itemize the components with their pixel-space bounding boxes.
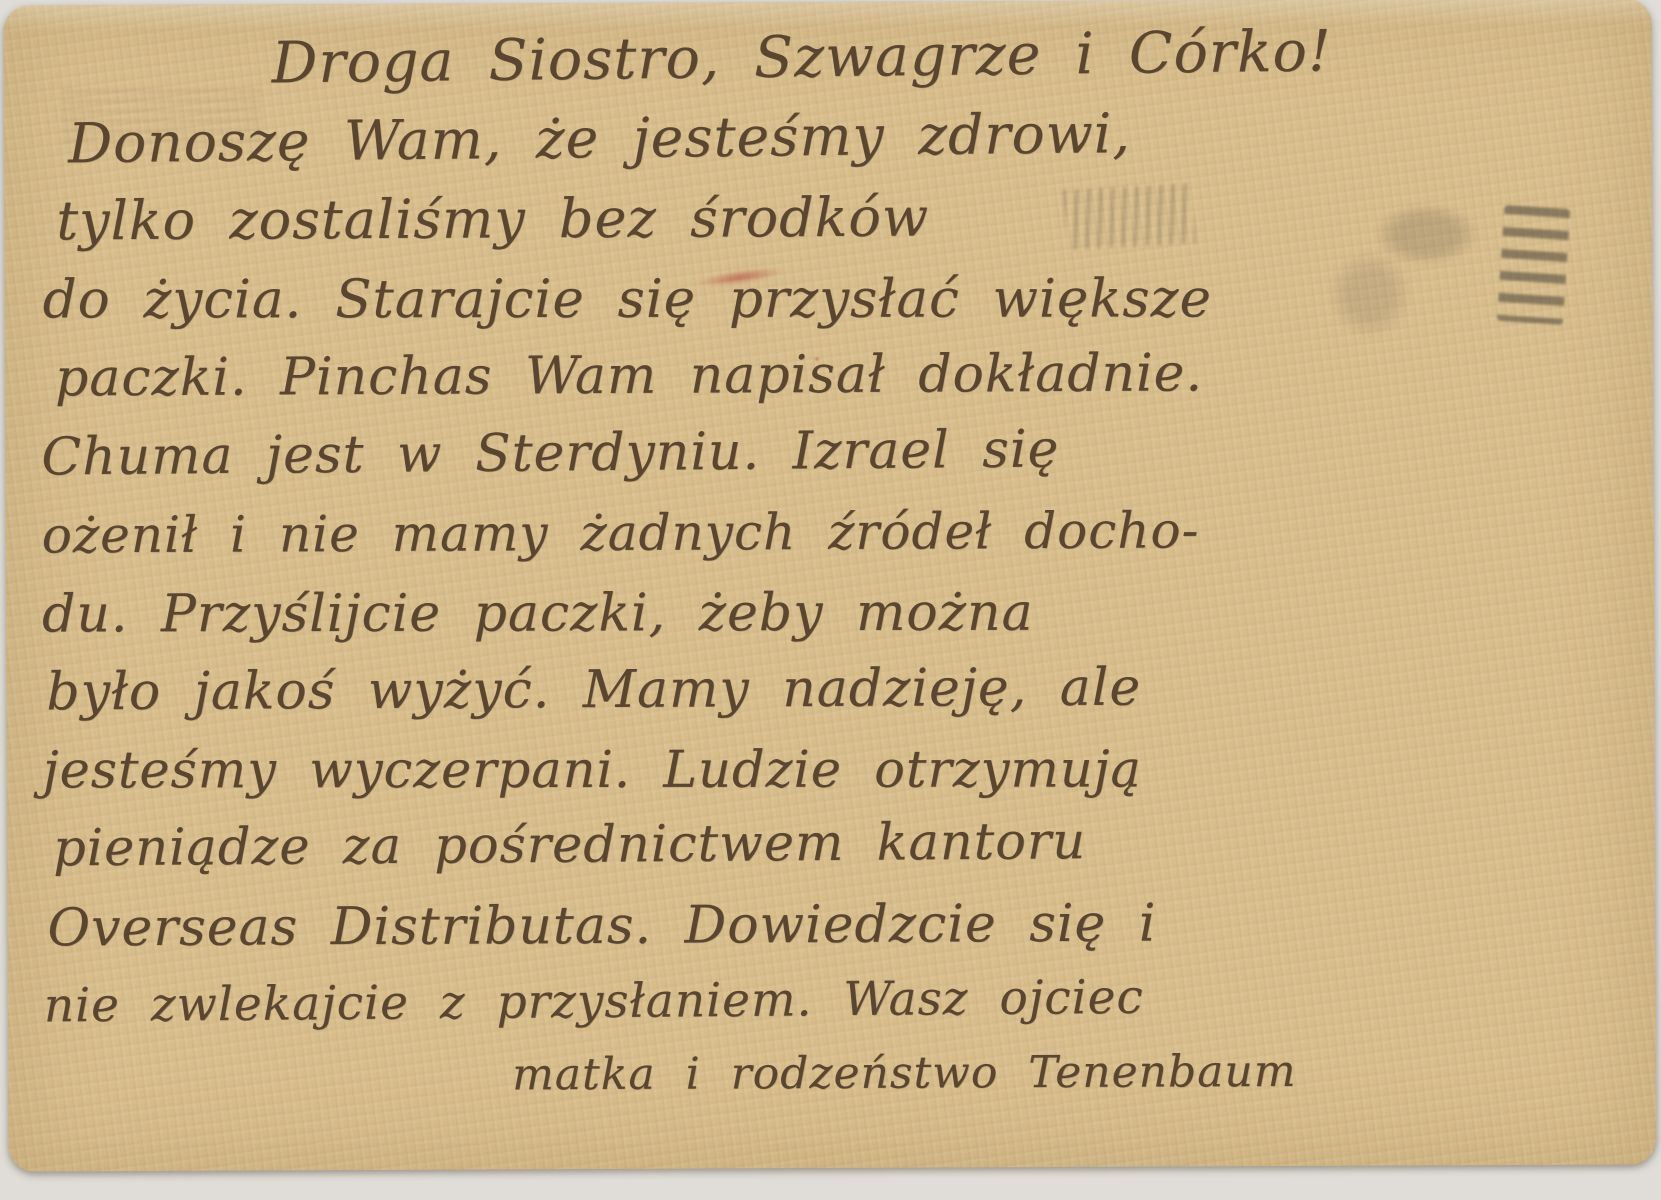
handwritten-line: Droga Siostro, Szwagrze i Córko!	[271, 9, 1630, 103]
handwritten-line: do życia. Starajcie się przysłać większe	[43, 260, 1631, 340]
handwritten-line: du. Przyślijcie paczki, żeby można	[42, 572, 1632, 653]
postcard-scan: Droga Siostro, Szwagrze i Córko!Donoszę …	[0, 0, 1661, 1200]
handwritten-line: Donoszę Wam, że jesteśmy zdrowi,	[68, 89, 1631, 182]
handwritten-line: Chuma jest w Sterdyniu. Izrael się	[41, 405, 1632, 496]
handwritten-line: matka i rodzeństwo Tenenbaum	[512, 1031, 1634, 1114]
handwritten-line: tylko zostaliśmy bez środków	[56, 176, 1630, 261]
handwritten-line: było jakoś wyżyć. Mamy nadzieję, ale	[46, 647, 1632, 732]
postcard: Droga Siostro, Szwagrze i Córko!Donoszę …	[3, 0, 1656, 1172]
handwritten-text-block: Droga Siostro, Szwagrze i Córko!Donoszę …	[40, 19, 1635, 1117]
handwritten-line: Overseas Distributas. Dowiedzcie się i	[47, 882, 1633, 967]
handwritten-line: pieniądze za pośrednictwem kantoru	[53, 799, 1634, 889]
handwritten-line: paczki. Pinchas Wam napisał dokładnie.	[55, 333, 1631, 418]
handwritten-line: ożenił i nie mamy żadnych źródeł docho-	[42, 490, 1632, 575]
handwritten-line: jesteśmy wyczerpani. Ludzie otrzymują	[43, 731, 1633, 811]
handwritten-line: nie zwlekajcie z przysłaniem. Wasz ojcie…	[44, 955, 1635, 1046]
